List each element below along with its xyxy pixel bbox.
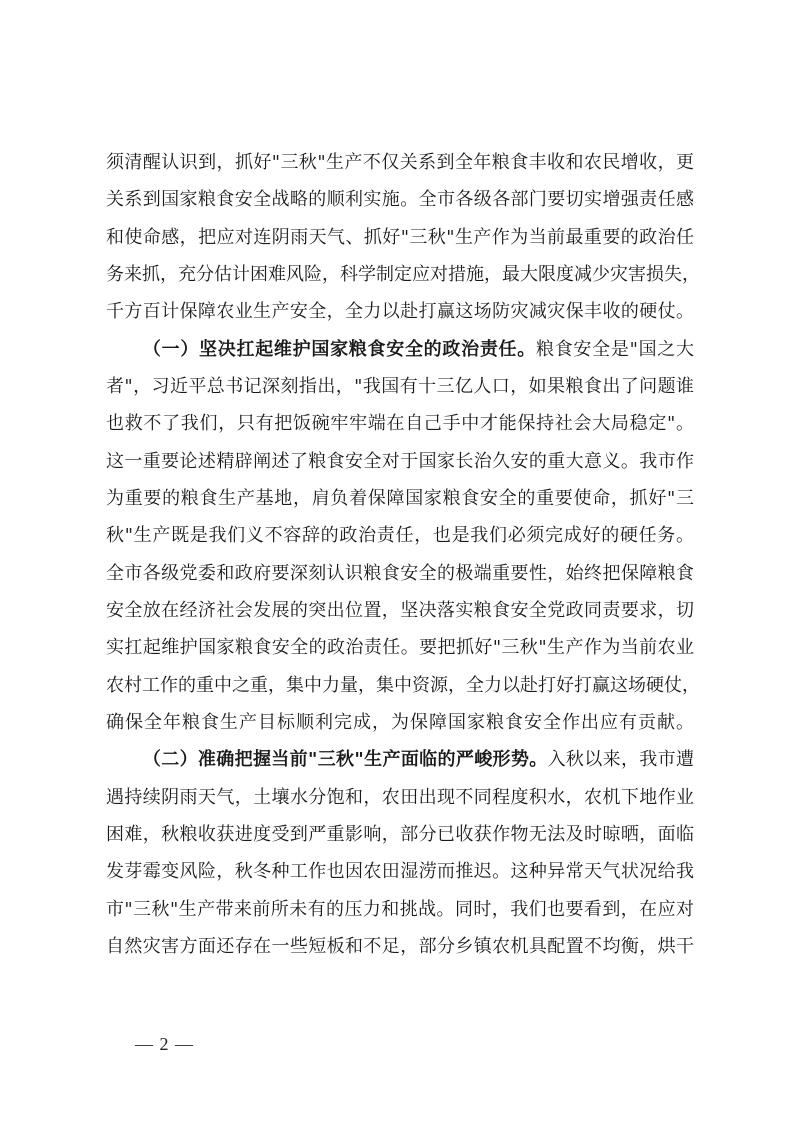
line-text: 确保全年粮食生产目标顺利完成，为保障国家粮食安全作出应有贡献。	[106, 712, 694, 733]
document-page: 须清醒认识到，抓好"三秋"生产不仅关系到全年粮食丰收和农民增收，更 关系到国家粮…	[0, 0, 793, 1122]
line-text: 者"，习近平总书记深刻指出，"我国有十三亿人口，如果粮食出了问题谁	[106, 376, 694, 397]
line-text: 粮食安全是"国之大	[536, 339, 694, 360]
text-line: 也救不了我们，只有把饭碗牢牢端在自己手中才能保持社会大局稳定"。	[106, 405, 694, 442]
text-line: 和使命感，把应对连阴雨天气、抓好"三秋"生产作为当前最重要的政治任	[106, 219, 694, 256]
line-text: 农村工作的重中之重，集中力量，集中资源，全力以赴打好打赢这场硬仗，	[106, 675, 700, 696]
text-line: 关系到国家粮食安全战略的顺利实施。全市各级各部门要切实增强责任感	[106, 181, 694, 218]
text-line: 者"，习近平总书记深刻指出，"我国有十三亿人口，如果粮食出了问题谁	[106, 368, 694, 405]
text-line: 农村工作的重中之重，集中力量，集中资源，全力以赴打好打赢这场硬仗，	[106, 667, 694, 704]
text-line: 自然灾害方面还存在一些短板和不足，部分乡镇农机具配置不均衡，烘干	[106, 928, 694, 965]
line-text: 务来抓，充分估计困难风险，科学制定应对措施，最大限度减少灾害损失，	[106, 264, 700, 285]
section-heading-line-2: （二）准确把握当前"三秋"生产面临的严峻形势。入秋以来，我市遭	[106, 741, 694, 778]
text-line: 这一重要论述精辟阐述了粮食安全对于国家长治久安的重大意义。我市作	[106, 443, 694, 480]
section-heading-2: （二）准确把握当前"三秋"生产面临的严峻形势。	[143, 749, 548, 770]
line-text: 遇持续阴雨天气，土壤水分饱和，农田出现不同程度积水，农机下地作业	[106, 787, 694, 808]
line-text: 也救不了我们，只有把饭碗牢牢端在自己手中才能保持社会大局稳定"。	[106, 413, 694, 434]
line-text: 全市各级党委和政府要深刻认识粮食安全的极端重要性，始终把保障粮食	[106, 563, 694, 584]
body-text: 须清醒认识到，抓好"三秋"生产不仅关系到全年粮食丰收和农民增收，更 关系到国家粮…	[106, 144, 694, 965]
line-text: 安全放在经济社会发展的突出位置，坚决落实粮食安全党政同责要求，切	[106, 600, 694, 621]
line-text: 市"三秋"生产带来前所未有的压力和挑战。同时，我们也要看到，在应对	[106, 899, 694, 920]
text-line: 秋"生产既是我们义不容辞的政治责任，也是我们必须完成好的硬任务。	[106, 517, 694, 554]
line-text: 秋"生产既是我们义不容辞的政治责任，也是我们必须完成好的硬任务。	[106, 525, 694, 546]
line-text: 和使命感，把应对连阴雨天气、抓好"三秋"生产作为当前最重要的政治任	[106, 227, 694, 248]
section-heading-line-1: （一）坚决扛起维护国家粮食安全的政治责任。粮食安全是"国之大	[106, 331, 694, 368]
text-line: 千方百计保障农业生产安全，全力以赴打赢这场防灾减灾保丰收的硬仗。	[106, 293, 694, 330]
line-text: 发芽霉变风险，秋冬种工作也因农田湿涝而推迟。这种异常天气状况给我	[106, 861, 694, 882]
line-text: 困难，秋粮收获进度受到严重影响，部分已收获作物无法及时晾晒，面临	[106, 824, 694, 845]
line-text: 自然灾害方面还存在一些短板和不足，部分乡镇农机具配置不均衡，烘干	[106, 936, 694, 957]
line-text: 千方百计保障农业生产安全，全力以赴打赢这场防灾减灾保丰收的硬仗。	[106, 301, 694, 322]
text-line: 全市各级党委和政府要深刻认识粮食安全的极端重要性，始终把保障粮食	[106, 555, 694, 592]
page-number: — 2 —	[135, 1032, 194, 1056]
text-line: 市"三秋"生产带来前所未有的压力和挑战。同时，我们也要看到，在应对	[106, 891, 694, 928]
text-line: 实扛起维护国家粮食安全的政治责任。要把抓好"三秋"生产作为当前农业	[106, 629, 694, 666]
line-text: 须清醒认识到，抓好"三秋"生产不仅关系到全年粮食丰收和农民增收，更	[106, 152, 694, 173]
section-heading-1: （一）坚决扛起维护国家粮食安全的政治责任。	[143, 339, 536, 360]
line-text: 为重要的粮食生产基地，肩负着保障国家粮食安全的重要使命，抓好"三	[106, 488, 694, 509]
text-line: 须清醒认识到，抓好"三秋"生产不仅关系到全年粮食丰收和农民增收，更	[106, 144, 694, 181]
text-line: 为重要的粮食生产基地，肩负着保障国家粮食安全的重要使命，抓好"三	[106, 480, 694, 517]
text-line: 确保全年粮食生产目标顺利完成，为保障国家粮食安全作出应有贡献。	[106, 704, 694, 741]
text-line: 务来抓，充分估计困难风险，科学制定应对措施，最大限度减少灾害损失，	[106, 256, 694, 293]
text-line: 困难，秋粮收获进度受到严重影响，部分已收获作物无法及时晾晒，面临	[106, 816, 694, 853]
line-text: 关系到国家粮食安全战略的顺利实施。全市各级各部门要切实增强责任感	[106, 189, 694, 210]
text-line: 发芽霉变风险，秋冬种工作也因农田湿涝而推迟。这种异常天气状况给我	[106, 853, 694, 890]
text-line: 安全放在经济社会发展的突出位置，坚决落实粮食安全党政同责要求，切	[106, 592, 694, 629]
line-text: 实扛起维护国家粮食安全的政治责任。要把抓好"三秋"生产作为当前农业	[106, 637, 694, 658]
line-text: 入秋以来，我市遭	[548, 749, 694, 770]
line-text: 这一重要论述精辟阐述了粮食安全对于国家长治久安的重大意义。我市作	[106, 451, 694, 472]
text-line: 遇持续阴雨天气，土壤水分饱和，农田出现不同程度积水，农机下地作业	[106, 779, 694, 816]
